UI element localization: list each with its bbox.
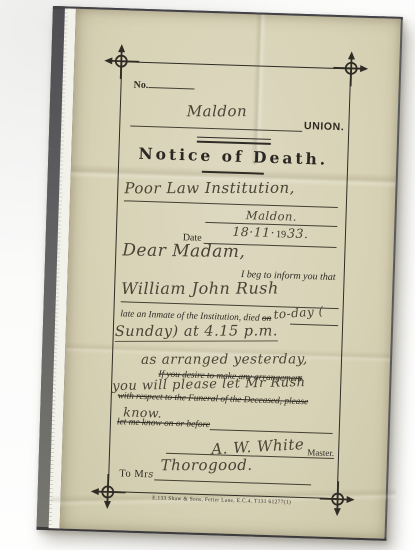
master-signature-handwritten: A. W. White: [211, 435, 305, 458]
recipient-line: To Mrs Thorogood.: [119, 454, 312, 485]
date-year-handwritten: 33.: [287, 225, 309, 241]
form-number-line: No.: [133, 77, 194, 93]
deceased-name-line: William John Rush: [121, 273, 340, 309]
arranged-line: as arranged yesterday,: [141, 348, 308, 371]
arranged-handwritten: as arranged yesterday,: [141, 351, 308, 368]
salutation-handwritten: Dear Madam,: [122, 240, 245, 262]
corner-ornament-icon: [103, 43, 140, 80]
handwritten-overlay-line: you will please let Mr Rush: [112, 372, 306, 396]
overlay-handwritten: you will please let Mr Rush: [112, 375, 306, 394]
signature-line: A. W. White Master.: [166, 426, 335, 459]
master-label: Master.: [307, 447, 334, 458]
no-label: No.: [133, 80, 148, 91]
sunday-time-handwritten: Sunday) at 4.15 p.m.: [115, 323, 278, 342]
to-label: To Mr: [119, 468, 148, 480]
date-century-printed: 19: [276, 229, 286, 240]
died-when-line-2: Sunday) at 4.15 p.m.: [115, 320, 279, 344]
institution-handwritten: Poor Law Institution,: [124, 179, 295, 198]
died-when-handwritten: to-day (: [273, 304, 324, 322]
union-blank-line: Maldon: [130, 99, 302, 131]
died-when-blank-line: [290, 324, 338, 327]
document-print: No. Maldon UNION. Notice of Death. Poor …: [37, 6, 403, 541]
corner-ornament-icon: [333, 50, 370, 87]
recipient-blank-line: Thorogood.: [154, 454, 312, 485]
salutation-line: Dear Madam,: [122, 239, 246, 263]
no-blank-line: [148, 77, 194, 89]
union-label: UNION.: [304, 120, 345, 133]
double-rule-top: [197, 137, 271, 140]
form-title: Notice of Death.: [119, 143, 347, 169]
date-day-month-handwritten: 18·11·: [232, 224, 275, 240]
double-rule-bottom: [197, 141, 271, 145]
recipient-handwritten: Thorogood.: [160, 456, 252, 474]
deceased-name-handwritten: William John Rush: [121, 278, 279, 298]
form-border-frame: No. Maldon UNION. Notice of Death. Poor …: [108, 61, 351, 499]
institution-line: Poor Law Institution,: [124, 172, 339, 208]
place-handwritten: Maldon.: [246, 208, 298, 224]
paper: No. Maldon UNION. Notice of Death. Poor …: [60, 9, 401, 539]
union-handwritten: Maldon: [186, 102, 246, 120]
union-line: Maldon UNION.: [130, 100, 345, 133]
corner-ornament-icon: [319, 481, 356, 518]
